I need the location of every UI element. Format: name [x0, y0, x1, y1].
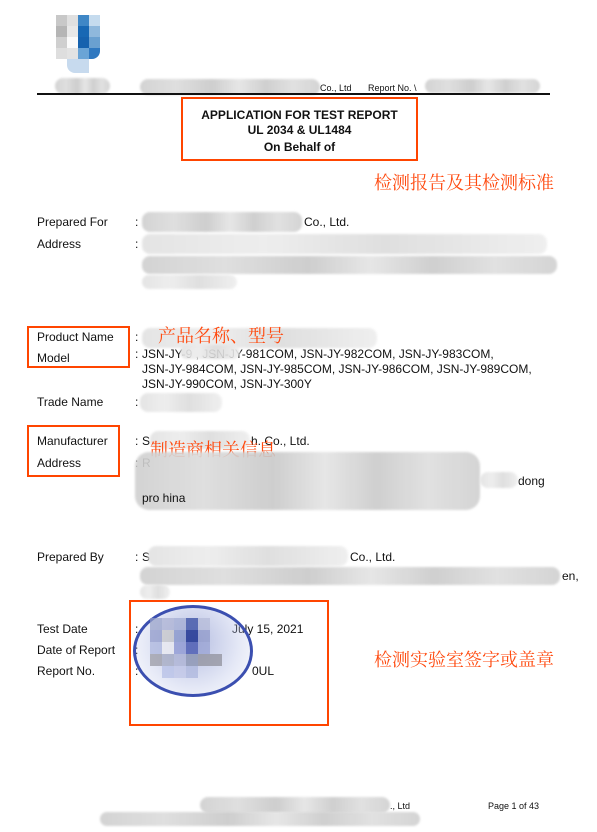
redacted-prepared-for [142, 212, 302, 232]
manufacturer-address-line2-suffix: dong [518, 474, 545, 488]
redacted-address-line1 [142, 234, 547, 254]
manufacturer-address-line3: pro hina [142, 491, 185, 505]
colon: : [135, 434, 138, 448]
redacted-footer-address [100, 812, 420, 826]
colon: : [135, 215, 138, 229]
prepared-by-line2-suffix: en, [562, 569, 579, 583]
prepared-for-label: Prepared For [37, 215, 108, 229]
header-divider [37, 93, 550, 95]
model-line2: JSN-JY-984COM, JSN-JY-985COM, JSN-JY-986… [142, 362, 532, 376]
manufacturer-label: Manufacturer [37, 434, 108, 448]
report-standard: UL 2034 & UL1484 [181, 122, 418, 139]
prepared-for-suffix: Co., Ltd. [304, 215, 349, 229]
product-name-label: Product Name [37, 330, 114, 344]
redacted-address-line3 [142, 275, 237, 289]
test-date-label: Test Date [37, 622, 88, 636]
redacted-manufacturer-address [135, 452, 480, 510]
redacted-header-left [55, 78, 110, 94]
model-line3: JSN-JY-990COM, JSN-JY-300Y [142, 377, 312, 391]
redacted-address-line2 [142, 256, 557, 274]
annotation-report-standard: 检测报告及其检测标准 [374, 169, 554, 195]
colon: : [135, 395, 138, 409]
redacted-footer-company [200, 797, 390, 813]
model-label: Model [37, 351, 70, 365]
lab-signature-highlight-box [129, 600, 329, 726]
redacted-prepared-by-line3 [140, 585, 170, 599]
redacted-prepared-by-address [140, 567, 560, 585]
on-behalf-of: On Behalf of [181, 139, 418, 156]
date-of-report-label: Date of Report [37, 643, 115, 657]
manufacturer-prefix: S [142, 434, 150, 448]
colon: : [135, 347, 138, 361]
report-no-label: Report No. [37, 664, 95, 678]
redacted-prepared-by [148, 546, 348, 566]
colon: : [135, 237, 138, 251]
redacted-model [180, 345, 240, 359]
redacted-manufacturer-address-2 [480, 472, 518, 488]
trade-name-label: Trade Name [37, 395, 103, 409]
prepared-by-label: Prepared By [37, 550, 104, 564]
manufacturer-address-label: Address [37, 456, 81, 470]
prepared-by-suffix: Co., Ltd. [350, 550, 395, 564]
redacted-trade-name [140, 393, 222, 412]
colon: : [135, 330, 138, 344]
annotation-lab-signature: 检测实验室签字或盖章 [374, 646, 554, 672]
address-label: Address [37, 237, 81, 251]
redacted-header-report-no [425, 79, 540, 93]
page-number: Page 1 of 43 [488, 799, 539, 813]
footer-company-suffix: ., Ltd [390, 799, 410, 813]
colon: : [135, 550, 138, 564]
